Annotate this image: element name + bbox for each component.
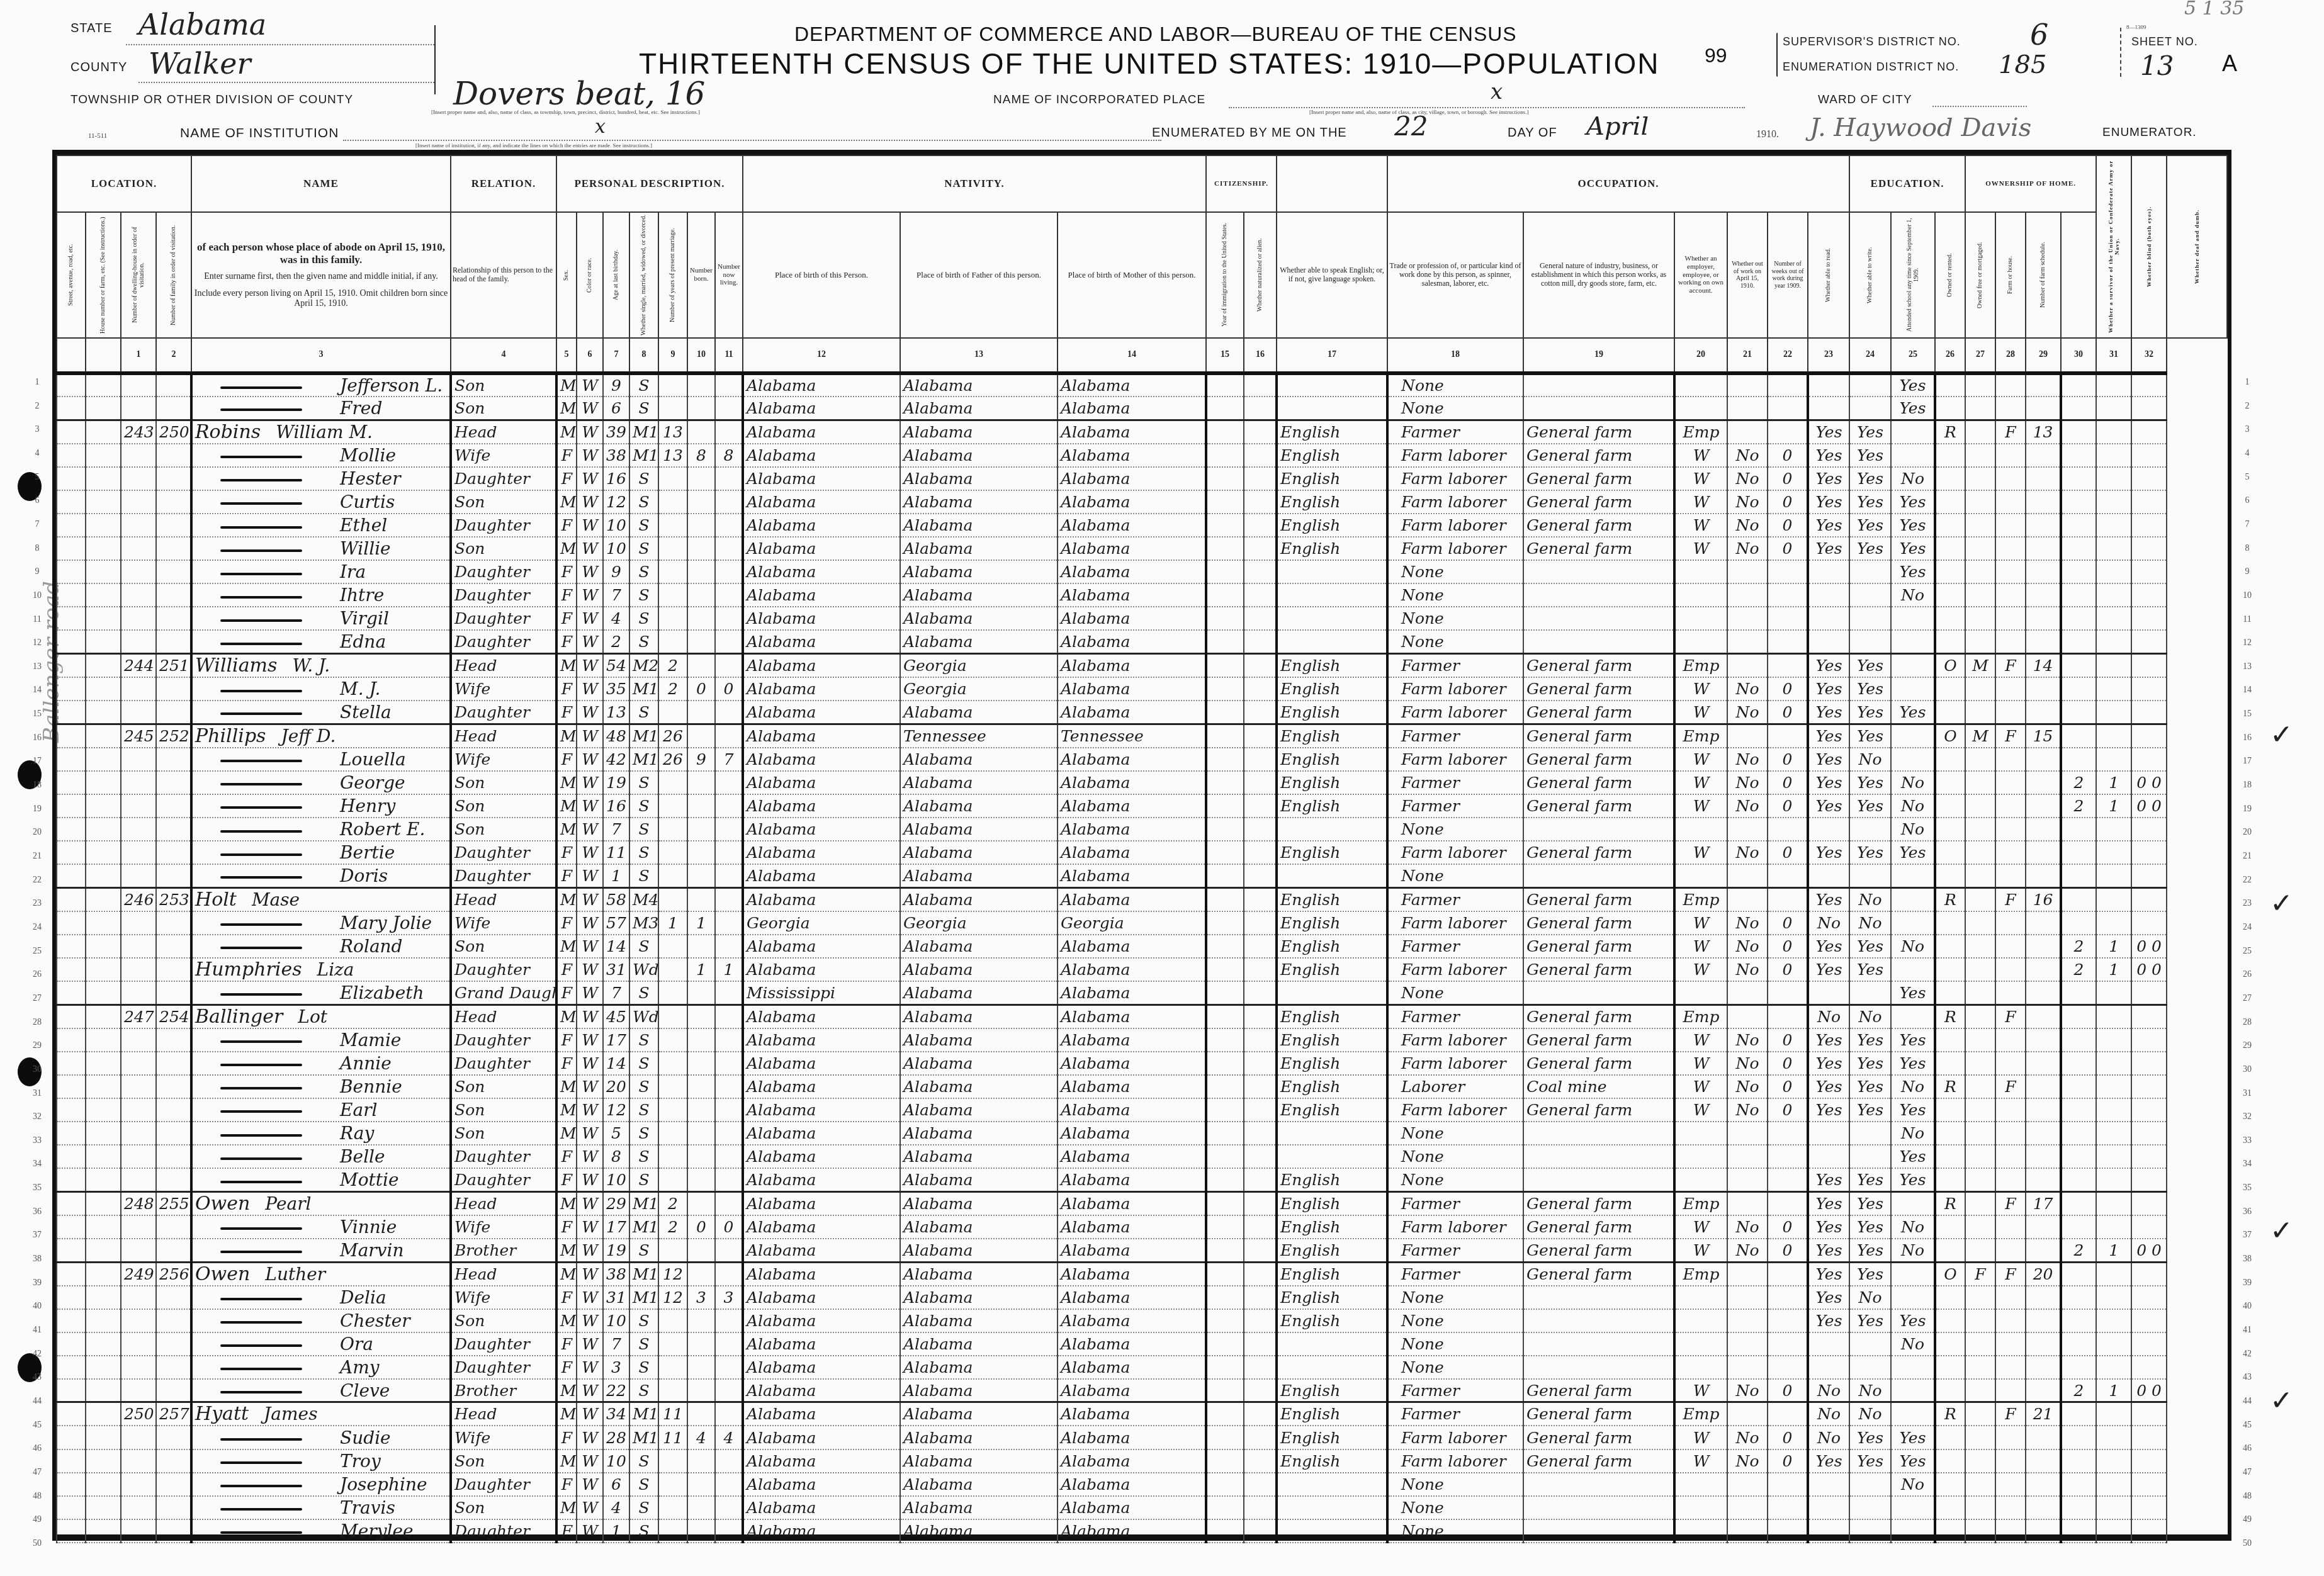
cell-marital: S — [629, 1356, 658, 1379]
cell-immigration — [1206, 583, 1244, 607]
cell-children-living — [715, 537, 743, 560]
cell-marital: M1 — [629, 1215, 658, 1239]
cell-age: 10 — [603, 1168, 629, 1191]
cell-trade: Farm laborer — [1387, 1426, 1523, 1449]
cell-house-number — [86, 771, 121, 794]
cell-relation: Son — [451, 1449, 556, 1473]
cell-age: 16 — [603, 794, 629, 818]
cell-marital: S — [629, 1122, 658, 1145]
cell-out-of-work — [1727, 1356, 1768, 1379]
cell-farm-house — [1995, 1519, 2026, 1543]
cell-birth-father: Alabama — [900, 1168, 1058, 1191]
group-ownership: OWNERSHIP OF HOME. — [1965, 155, 2096, 212]
cell-naturalized — [1244, 537, 1277, 560]
cell-out-of-work — [1727, 1286, 1768, 1309]
cell-name: HoltMase — [191, 887, 451, 911]
cell-trade: None — [1387, 1145, 1523, 1168]
department-title: DEPARTMENT OF COMMERCE AND LABOR—BUREAU … — [794, 23, 1517, 46]
cell-years-married — [658, 583, 687, 607]
cell-blind — [2096, 1191, 2131, 1215]
cell-survivor — [2061, 373, 2096, 397]
cell-out-of-work: No — [1727, 935, 1768, 958]
cell-birth-mother: Alabama — [1058, 958, 1206, 981]
cell-naturalized — [1244, 1379, 1277, 1402]
cell-blind — [2096, 841, 2131, 864]
line-number: 42 — [2238, 1349, 2257, 1359]
given-name: Elizabeth — [340, 982, 424, 1003]
cell-trade: Farm laborer — [1387, 911, 1523, 935]
header-blind: Whether blind (both eyes). — [2131, 155, 2167, 338]
cell-birth-mother: Alabama — [1058, 771, 1206, 794]
cell-language — [1277, 607, 1387, 630]
same-surname-dash — [220, 1040, 302, 1043]
cell-free-mortgaged — [1965, 981, 1995, 1005]
cell-read — [1808, 607, 1849, 630]
cell-survivor — [2061, 1005, 2096, 1028]
cell-out-of-work — [1727, 654, 1768, 678]
cell-birth-mother: Alabama — [1058, 841, 1206, 864]
cell-language — [1277, 373, 1387, 397]
cell-name: Mamie — [191, 1028, 451, 1052]
cell-deaf: 0 0 — [2131, 771, 2167, 794]
same-surname-dash — [220, 1087, 302, 1089]
cell-sex: F — [556, 1426, 577, 1449]
cell-relation: Head — [451, 654, 556, 678]
cell-house-number — [86, 1379, 121, 1402]
cell-blind — [2096, 818, 2131, 841]
cell-marital: S — [629, 841, 658, 864]
cell-industry: General farm — [1523, 724, 1674, 748]
cell-write: Yes — [1849, 701, 1891, 724]
cell-survivor — [2061, 397, 2096, 420]
cell-color: W — [577, 444, 603, 467]
cell-write: Yes — [1849, 841, 1891, 864]
cell-blind — [2096, 1356, 2131, 1379]
cell-immigration — [1206, 1215, 1244, 1239]
cell-marital: S — [629, 935, 658, 958]
cell-street — [57, 1145, 86, 1168]
cell-trade: None — [1387, 1519, 1523, 1543]
cell-color: W — [577, 841, 603, 864]
cell-children-living — [715, 490, 743, 514]
given-name: George — [340, 772, 405, 793]
cell-blind — [2096, 1098, 2131, 1122]
cell-school — [1891, 1496, 1935, 1519]
cell-industry: Coal mine — [1523, 1075, 1674, 1098]
same-surname-dash — [220, 947, 302, 949]
cell-weeks-out — [1768, 1005, 1808, 1028]
cell-out-of-work — [1727, 397, 1768, 420]
line-number: 19 — [2238, 804, 2257, 814]
cell-family — [156, 630, 191, 653]
cell-children-living — [715, 420, 743, 444]
cell-blind — [2096, 724, 2131, 748]
cell-years-married — [658, 1028, 687, 1052]
cell-age: 12 — [603, 490, 629, 514]
cell-years-married: 13 — [658, 444, 687, 467]
cell-years-married: 1 — [658, 911, 687, 935]
cell-house-number — [86, 1519, 121, 1543]
same-surname-dash — [220, 1157, 302, 1160]
cell-color: W — [577, 1309, 603, 1332]
cell-years-married — [658, 1005, 687, 1028]
cell-language: English — [1277, 794, 1387, 818]
cell-color: W — [577, 958, 603, 981]
cell-relation: Daughter — [451, 514, 556, 537]
cell-birth-father: Alabama — [900, 490, 1058, 514]
cell-age: 39 — [603, 420, 629, 444]
cell-naturalized — [1244, 981, 1277, 1005]
cell-birth-mother: Alabama — [1058, 444, 1206, 467]
cell-sex: F — [556, 701, 577, 724]
institution-instruction: [Insert name of institution, if any, and… — [415, 142, 652, 149]
cell-read — [1808, 1473, 1849, 1496]
cell-blind — [2096, 981, 2131, 1005]
given-name: Henry — [340, 796, 395, 816]
cell-house-number — [86, 1168, 121, 1191]
cell-sex: F — [556, 560, 577, 583]
cell-weeks-out — [1768, 560, 1808, 583]
cell-years-married — [658, 1052, 687, 1075]
cell-marital: S — [629, 467, 658, 490]
cell-industry — [1523, 1496, 1674, 1519]
line-number: 47 — [2238, 1468, 2257, 1478]
cell-write: Yes — [1849, 444, 1891, 467]
cell-blind — [2096, 1075, 2131, 1098]
cell-farm-schedule — [2026, 397, 2061, 420]
cell-children-living — [715, 794, 743, 818]
column-number: 8 — [629, 338, 658, 373]
cell-farm-house — [1995, 818, 2026, 841]
header-read: Whether able to read. — [1808, 212, 1849, 338]
cell-birth-father: Alabama — [900, 1332, 1058, 1356]
cell-blind — [2096, 514, 2131, 537]
line-number: 22 — [28, 875, 47, 886]
cell-read: Yes — [1808, 771, 1849, 794]
cell-sex: M — [556, 818, 577, 841]
cell-family — [156, 514, 191, 537]
cell-survivor — [2061, 1191, 2096, 1215]
column-number: 13 — [900, 338, 1058, 373]
cell-blind — [2096, 677, 2131, 701]
cell-marital: S — [629, 1379, 658, 1402]
cell-read: Yes — [1808, 1191, 1849, 1215]
cell-weeks-out — [1768, 1168, 1808, 1191]
cell-blind — [2096, 537, 2131, 560]
cell-years-married — [658, 1145, 687, 1168]
cell-dwelling — [121, 1239, 156, 1262]
cell-write: No — [1849, 1402, 1891, 1426]
cell-years-married — [658, 630, 687, 653]
cell-blind — [2096, 1473, 2131, 1496]
cell-color: W — [577, 1215, 603, 1239]
cell-color: W — [577, 1098, 603, 1122]
cell-years-married — [658, 981, 687, 1005]
line-number: 32 — [2238, 1112, 2257, 1122]
cell-street — [57, 537, 86, 560]
cell-language: English — [1277, 1239, 1387, 1262]
cell-free-mortgaged — [1965, 1309, 1995, 1332]
cell-free-mortgaged: F — [1965, 1262, 1995, 1286]
cell-street — [57, 444, 86, 467]
header-naturalized: Whether naturalized or alien. — [1244, 212, 1277, 338]
cell-children-born — [687, 1496, 715, 1519]
cell-deaf — [2131, 630, 2167, 653]
cell-marital: S — [629, 864, 658, 887]
cell-birth-mother: Tennessee — [1058, 724, 1206, 748]
cell-free-mortgaged — [1965, 1098, 1995, 1122]
cell-industry — [1523, 818, 1674, 841]
cell-family: 251 — [156, 654, 191, 678]
cell-language: English — [1277, 1005, 1387, 1028]
cell-relation: Daughter — [451, 958, 556, 981]
cell-house-number — [86, 1402, 121, 1426]
cell-children-living — [715, 467, 743, 490]
cell-marital: S — [629, 1519, 658, 1543]
cell-free-mortgaged — [1965, 514, 1995, 537]
cell-naturalized — [1244, 771, 1277, 794]
cell-farm-house — [1995, 1473, 2026, 1496]
cell-immigration — [1206, 607, 1244, 630]
table-row: DorisDaughterFW1SAlabamaAlabamaAlabamaNo… — [57, 864, 2227, 887]
cell-write: Yes — [1849, 677, 1891, 701]
cell-birth-father: Alabama — [900, 397, 1058, 420]
cell-farm-schedule — [2026, 1098, 2061, 1122]
cell-relation: Head — [451, 420, 556, 444]
cell-farm-schedule — [2026, 748, 2061, 771]
cell-birth-father: Alabama — [900, 1239, 1058, 1262]
cell-children-born — [687, 514, 715, 537]
cell-employer: W — [1674, 537, 1727, 560]
cell-dwelling — [121, 1028, 156, 1052]
cell-birth-mother: Alabama — [1058, 1286, 1206, 1309]
line-number: 32 — [28, 1112, 47, 1122]
cell-house-number — [86, 1005, 121, 1028]
cell-deaf — [2131, 397, 2167, 420]
cell-employer: W — [1674, 1426, 1727, 1449]
cell-weeks-out — [1768, 583, 1808, 607]
line-number: 39 — [28, 1278, 47, 1288]
cell-deaf — [2131, 1215, 2167, 1239]
cell-out-of-work: No — [1727, 841, 1768, 864]
cell-street — [57, 1309, 86, 1332]
cell-deaf — [2131, 560, 2167, 583]
cell-trade: Farmer — [1387, 1402, 1523, 1426]
cell-free-mortgaged — [1965, 701, 1995, 724]
table-row: Robert E.SonMW7SAlabamaAlabamaAlabamaNon… — [57, 818, 2227, 841]
column-number: 4 — [451, 338, 556, 373]
township-instruction: [Insert proper name and, also, name of c… — [431, 109, 700, 115]
cell-house-number — [86, 1356, 121, 1379]
cell-farm-schedule: 13 — [2026, 420, 2061, 444]
cell-weeks-out: 0 — [1768, 537, 1808, 560]
cell-naturalized — [1244, 444, 1277, 467]
cell-name: Cleve — [191, 1379, 451, 1402]
cell-weeks-out: 0 — [1768, 677, 1808, 701]
header-school: Attended school any time since September… — [1891, 212, 1935, 338]
cell-family — [156, 794, 191, 818]
cell-blind — [2096, 1519, 2131, 1543]
cell-deaf — [2131, 911, 2167, 935]
cell-out-of-work — [1727, 560, 1768, 583]
line-number: 50 — [2238, 1539, 2257, 1549]
cell-children-born: 0 — [687, 1215, 715, 1239]
cell-weeks-out: 0 — [1768, 1028, 1808, 1052]
cell-free-mortgaged — [1965, 467, 1995, 490]
cell-marital: S — [629, 630, 658, 653]
cell-house-number — [86, 1309, 121, 1332]
cell-industry — [1523, 1332, 1674, 1356]
cell-marital: M2 — [629, 654, 658, 678]
cell-language: English — [1277, 1052, 1387, 1075]
cell-sex: M — [556, 1239, 577, 1262]
cell-family — [156, 1168, 191, 1191]
cell-relation: Son — [451, 1309, 556, 1332]
header-sex: Sex. — [556, 212, 577, 338]
cell-employer: W — [1674, 490, 1727, 514]
cell-street — [57, 1473, 86, 1496]
cell-relation: Head — [451, 1005, 556, 1028]
cell-relation: Daughter — [451, 560, 556, 583]
cell-birth-mother: Alabama — [1058, 654, 1206, 678]
cell-color: W — [577, 794, 603, 818]
cell-industry: General farm — [1523, 794, 1674, 818]
census-title: THIRTEENTH CENSUS OF THE UNITED STATES: … — [639, 47, 1659, 81]
cell-family — [156, 560, 191, 583]
cell-read: Yes — [1808, 1098, 1849, 1122]
cell-farm-house — [1995, 1168, 2026, 1191]
cell-years-married — [658, 607, 687, 630]
cell-industry: General farm — [1523, 1426, 1674, 1449]
cell-children-born — [687, 583, 715, 607]
cell-street — [57, 1262, 86, 1286]
header-employer: Whether an employer, employee, or workin… — [1674, 212, 1727, 338]
cell-age: 4 — [603, 1496, 629, 1519]
line-number: 27 — [28, 994, 47, 1004]
cell-house-number — [86, 1191, 121, 1215]
cell-out-of-work — [1727, 818, 1768, 841]
cell-farm-house — [1995, 1496, 2026, 1519]
cell-trade: Farm laborer — [1387, 677, 1523, 701]
cell-farm-schedule — [2026, 467, 2061, 490]
cell-relation: Wife — [451, 911, 556, 935]
cell-language — [1277, 1332, 1387, 1356]
cell-language: English — [1277, 841, 1387, 864]
cell-color: W — [577, 373, 603, 397]
cell-years-married — [658, 887, 687, 911]
cell-school: No — [1891, 1239, 1935, 1262]
cell-years-married: 2 — [658, 1215, 687, 1239]
cell-color: W — [577, 1519, 603, 1543]
line-number: 35 — [2238, 1183, 2257, 1193]
cell-house-number — [86, 560, 121, 583]
cell-street — [57, 1449, 86, 1473]
cell-write: Yes — [1849, 1309, 1891, 1332]
cell-naturalized — [1244, 397, 1277, 420]
cell-trade: None — [1387, 1473, 1523, 1496]
cell-survivor — [2061, 1426, 2096, 1449]
cell-survivor — [2061, 607, 2096, 630]
cell-weeks-out: 0 — [1768, 841, 1808, 864]
cell-employer: W — [1674, 1098, 1727, 1122]
header-birth-person: Place of birth of this Person. — [743, 212, 900, 338]
cell-survivor — [2061, 490, 2096, 514]
line-number: 14 — [2238, 685, 2257, 695]
cell-birth-mother: Alabama — [1058, 935, 1206, 958]
group-education: EDUCATION. — [1849, 155, 1965, 212]
given-name: Edna — [340, 631, 386, 652]
cell-industry — [1523, 373, 1674, 397]
cell-free-mortgaged — [1965, 560, 1995, 583]
same-surname-dash — [220, 456, 302, 458]
cell-immigration — [1206, 1005, 1244, 1028]
cell-write: Yes — [1849, 537, 1891, 560]
cell-language: English — [1277, 1449, 1387, 1473]
cell-immigration — [1206, 1519, 1244, 1543]
cell-age: 7 — [603, 818, 629, 841]
cell-color: W — [577, 1005, 603, 1028]
cell-children-living — [715, 1262, 743, 1286]
group-language — [1277, 155, 1387, 212]
cell-industry — [1523, 1168, 1674, 1191]
cell-children-living: 7 — [715, 748, 743, 771]
cell-trade: None — [1387, 818, 1523, 841]
cell-language: English — [1277, 654, 1387, 678]
line-number: 2 — [28, 402, 47, 412]
cell-school: No — [1891, 1332, 1935, 1356]
cell-read: Yes — [1808, 677, 1849, 701]
cell-deaf: 0 0 — [2131, 794, 2167, 818]
cell-street — [57, 1215, 86, 1239]
cell-school — [1891, 1286, 1935, 1309]
cell-birth-mother: Alabama — [1058, 397, 1206, 420]
cell-weeks-out — [1768, 1519, 1808, 1543]
cell-language: English — [1277, 1402, 1387, 1426]
column-number: 16 — [1244, 338, 1277, 373]
cell-children-living — [715, 1191, 743, 1215]
cell-farm-house — [1995, 748, 2026, 771]
cell-dwelling — [121, 490, 156, 514]
cell-marital: M4 — [629, 887, 658, 911]
cell-children-born — [687, 794, 715, 818]
cell-family — [156, 537, 191, 560]
table-row: M. J.WifeFW35M1200AlabamaGeorgiaAlabamaE… — [57, 677, 2227, 701]
line-number: 37 — [2238, 1230, 2257, 1241]
cell-owned-rented — [1935, 1449, 1965, 1473]
cell-color: W — [577, 1356, 603, 1379]
cell-street — [57, 1286, 86, 1309]
column-number: 9 — [658, 338, 687, 373]
cell-read: Yes — [1808, 841, 1849, 864]
cell-deaf — [2131, 1449, 2167, 1473]
cell-street — [57, 911, 86, 935]
cell-color: W — [577, 630, 603, 653]
cell-language: English — [1277, 1379, 1387, 1402]
cell-owned-rented: R — [1935, 420, 1965, 444]
line-number: 33 — [28, 1136, 47, 1146]
given-name: Mollie — [340, 445, 396, 466]
cell-read: Yes — [1808, 514, 1849, 537]
cell-birth-mother: Alabama — [1058, 1473, 1206, 1496]
cell-school — [1891, 1262, 1935, 1286]
cell-naturalized — [1244, 1309, 1277, 1332]
cell-relation: Grand Daughter — [451, 981, 556, 1005]
cell-trade: Farm laborer — [1387, 1449, 1523, 1473]
cell-house-number — [86, 748, 121, 771]
cell-survivor — [2061, 911, 2096, 935]
cell-children-born — [687, 1122, 715, 1145]
cell-trade: Farmer — [1387, 771, 1523, 794]
